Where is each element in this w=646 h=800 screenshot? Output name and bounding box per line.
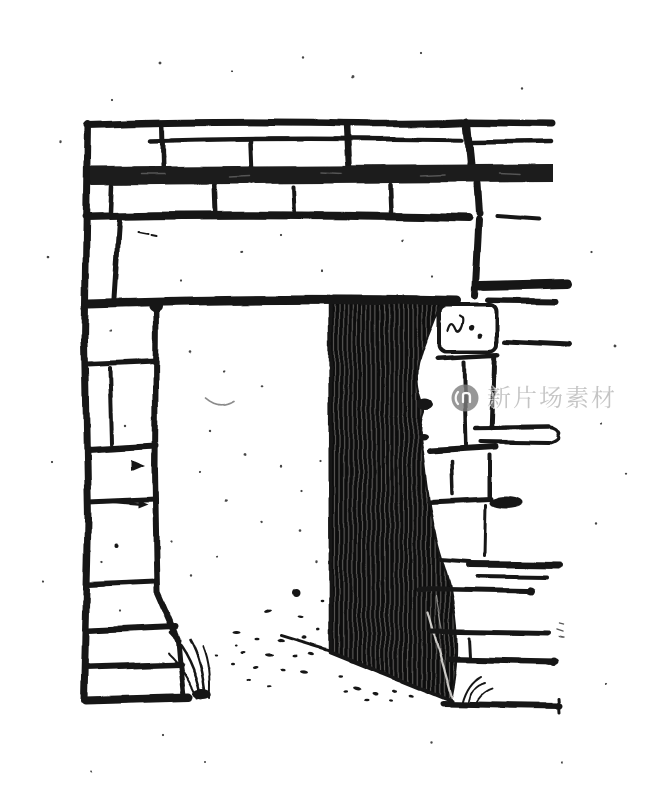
mortar-band: [87, 164, 553, 185]
ground-line: [443, 704, 559, 706]
stock-image-canvas: 新片场素材: [0, 0, 646, 800]
engraving: [0, 0, 646, 800]
